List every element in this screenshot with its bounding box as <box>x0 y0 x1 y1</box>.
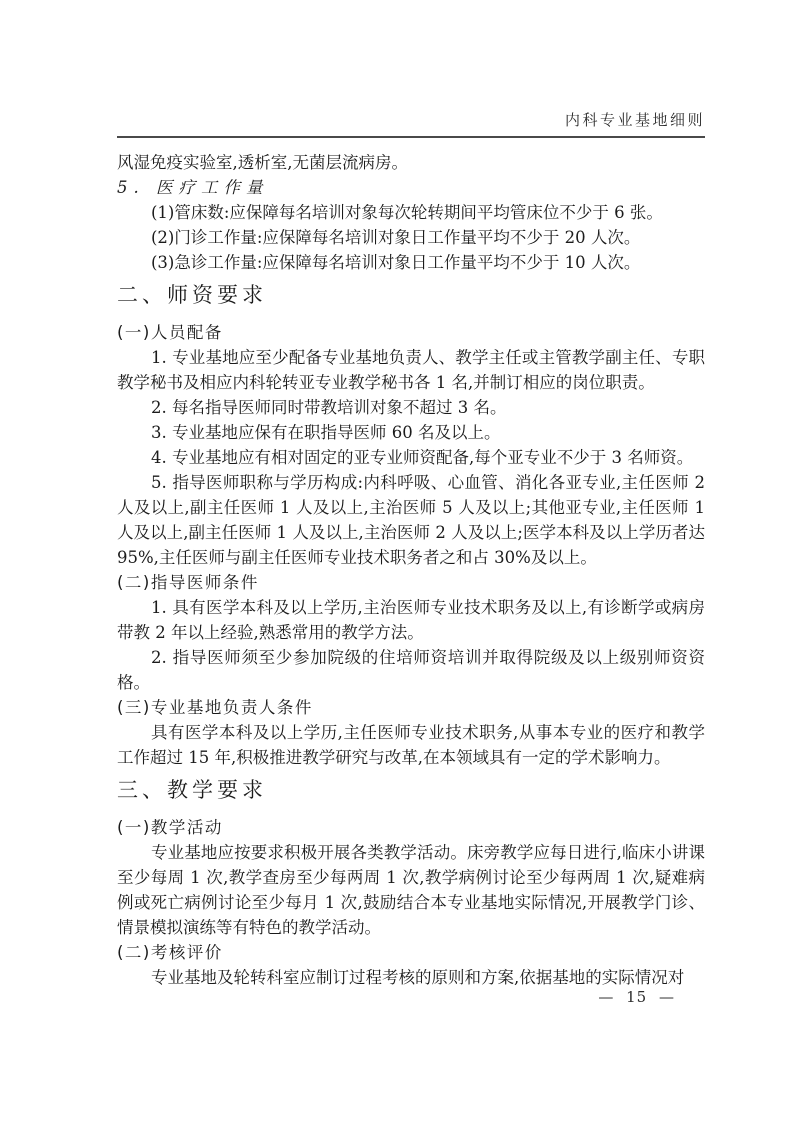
kaiti-list-item: 5. 医疗工作量 <box>117 175 705 200</box>
document-page: 内科专业基地细则 风湿免疫实验室,透析室,无菌层流病房。 5. 医疗工作量 (1… <box>0 0 800 1131</box>
subsection-heading-base-leader-criteria: (三)专业基地负责人条件 <box>117 695 705 720</box>
paragraph: 具有医学本科及以上学历,主任医师专业技术职务,从事本专业的医疗和教学工作超过 1… <box>117 720 705 770</box>
subsection-heading-supervisor-criteria: (二)指导医师条件 <box>117 570 705 595</box>
section-heading-teachers: 二、师资要求 <box>117 280 705 310</box>
paragraph: 专业基地及轮转科室应制订过程考核的原则和方案,依据基地的实际情况对 <box>117 965 705 990</box>
page-footer: — 15 — <box>117 988 705 1006</box>
list-item: (1)管床数:应保障每名培训对象每次轮转期间平均管床位不少于 6 张。 <box>117 200 705 225</box>
running-head-title: 内科专业基地细则 <box>117 110 705 130</box>
list-item: (2)门诊工作量:应保障每名培训对象日工作量平均不少于 20 人次。 <box>117 225 705 250</box>
paragraph-continuation: 风湿免疫实验室,透析室,无菌层流病房。 <box>117 150 705 175</box>
list-item: 4. 专业基地应有相对固定的亚专业师资配备,每个亚专业不少于 3 名师资。 <box>117 445 705 470</box>
paragraph: 专业基地应按要求积极开展各类教学活动。床旁教学应每日进行,临床小讲课至少每周 1… <box>117 840 705 940</box>
list-item: 2. 指导医师须至少参加院级的住培师资培训并取得院级及以上级别师资资格。 <box>117 645 705 695</box>
page-content: 风湿免疫实验室,透析室,无菌层流病房。 5. 医疗工作量 (1)管床数:应保障每… <box>117 150 705 990</box>
section-heading-teaching: 三、教学要求 <box>117 775 705 805</box>
subsection-heading-assessment: (二)考核评价 <box>117 940 705 965</box>
list-item: (3)急诊工作量:应保障每名培训对象日工作量平均不少于 10 人次。 <box>117 250 705 275</box>
list-item: 1. 专业基地应至少配备专业基地负责人、教学主任或主管教学副主任、专职教学秘书及… <box>117 345 705 395</box>
list-item: 3. 专业基地应保有在职指导医师 60 名及以上。 <box>117 420 705 445</box>
subsection-heading-teaching-activities: (一)教学活动 <box>117 815 705 840</box>
list-item: 1. 具有医学本科及以上学历,主治医师专业技术职务及以上,有诊断学或病房带教 2… <box>117 595 705 645</box>
subsection-heading-staffing: (一)人员配备 <box>117 320 705 345</box>
list-item: 5. 指导医师职称与学历构成:内科呼吸、心血管、消化各亚专业,主任医师 2 人及… <box>117 470 705 570</box>
page-number: — 15 — <box>598 988 675 1006</box>
list-item: 2. 每名指导医师同时带教培训对象不超过 3 名。 <box>117 395 705 420</box>
header-rule <box>117 136 705 138</box>
